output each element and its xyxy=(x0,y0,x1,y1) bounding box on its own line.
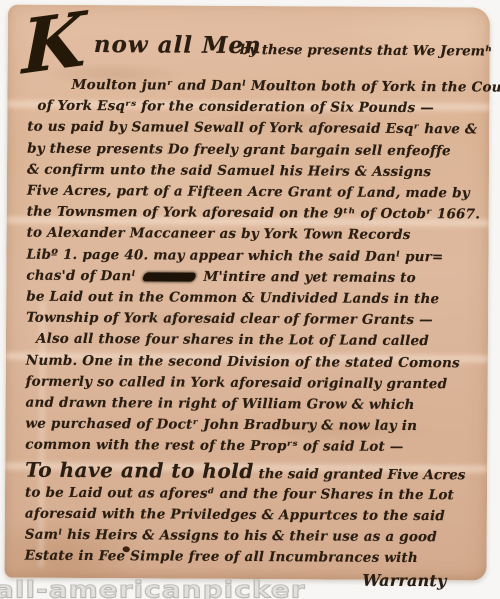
manuscript-line-struck: chas'd of Danˡ M'intire and yet remains … xyxy=(26,265,476,289)
manuscript-line: Numb. One in the second Division of the … xyxy=(26,350,476,374)
ink-blot xyxy=(142,272,197,281)
manuscript-line: Five Acres, part of a Fifteen Acre Grant… xyxy=(27,181,477,205)
manuscript-line: Libº 1. page 40. may appear which the sa… xyxy=(26,244,476,268)
opening-rest: by these presents that We Jeremʰ xyxy=(240,42,492,60)
manuscript-line: aforesaid with the Priviledges & Appurtc… xyxy=(25,504,475,528)
manuscript-line: to us paid by Samuel Sewall of York afor… xyxy=(27,117,477,141)
manuscript-line: be Laid out in the Common & Undivided La… xyxy=(26,287,476,311)
struck-line-post: M'intire and yet remains to xyxy=(203,269,416,286)
habendum-line: To have and to hold the said granted Fiv… xyxy=(25,456,475,485)
manuscript-line: Samˡ his Heirs & Assigns to his & their … xyxy=(25,525,475,549)
manuscript-line: by these presents Do freely grant bargai… xyxy=(27,138,477,162)
manuscript-text: K now all Men by these presents that We … xyxy=(24,19,477,594)
struck-line-pre: chas'd of Danˡ xyxy=(26,267,135,284)
drop-cap-K: K xyxy=(22,4,86,83)
manuscript-line: formerly so called in York aforesaid ori… xyxy=(26,371,476,395)
manuscript-line: common with the rest of the Propʳˢ of sa… xyxy=(25,435,475,459)
opening-line: K now all Men by these presents that We … xyxy=(28,19,478,78)
manuscript-paper: K now all Men by these presents that We … xyxy=(5,5,490,581)
manuscript-line: Also all those four shares in the Lot of… xyxy=(26,329,476,353)
manuscript-line: the Townsmen of York aforesaid on the 9ᵗ… xyxy=(27,202,477,226)
habendum-phrase: To have and to hold xyxy=(25,457,254,482)
manuscript-line: to be Laid out as aforesᵈ and the four S… xyxy=(25,482,475,506)
manuscript-line: & confirm unto the said Samuel his Heirs… xyxy=(27,159,477,183)
opening-phrase: now all Men xyxy=(94,31,262,59)
manuscript-line: to Alexander Maccaneer as by York Town R… xyxy=(27,223,477,247)
manuscript-line: of York Esqʳˢ for the consideration of S… xyxy=(27,96,477,120)
manuscript-line: Moulton junʳ and Danˡ Moulton both of Yo… xyxy=(27,75,477,99)
manuscript-line: Township of York aforesaid clear of form… xyxy=(26,308,476,332)
habendum-rest: the said granted Five Acres xyxy=(254,466,466,483)
seller-watermark: all-americanpicker xyxy=(0,576,306,599)
manuscript-line: Estate in Fee Simple free of all Incumbr… xyxy=(25,546,475,570)
manuscript-line: and drawn there in right of William Grow… xyxy=(26,393,476,417)
photo-background: K now all Men by these presents that We … xyxy=(0,0,500,599)
manuscript-line: we purchased of Doctʳ John Bradbury & no… xyxy=(25,414,475,438)
